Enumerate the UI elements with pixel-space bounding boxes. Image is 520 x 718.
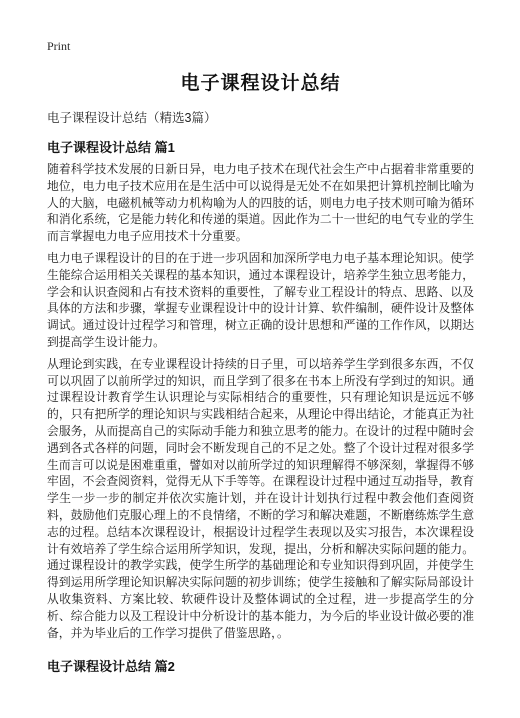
document-page: Print 电子课程设计总结 电子课程设计总结（精选3篇） 电子课程设计总结 篇…	[0, 0, 520, 718]
section-heading-2: 电子课程设计总结 篇2	[47, 656, 474, 675]
section-heading-1: 电子课程设计总结 篇1	[47, 137, 474, 156]
section-1-paragraph-1: 随着科学技术发展的日新日异，电力电子技术在现代社会生产中占据着非常重要的地位，电…	[47, 161, 474, 245]
page-title: 电子课程设计总结	[47, 68, 474, 95]
section-1-paragraph-2: 电力电子课程设计的目的在于进一步巩固和加深所学电力电子基本理论知识。使学生能综合…	[47, 250, 474, 351]
section-1-paragraph-3: 从理论到实践，在专业课程设计持续的日子里，可以培养学生学到很多东西，不仅可以巩固…	[47, 356, 474, 642]
print-link[interactable]: Print	[47, 39, 70, 54]
page-subtitle: 电子课程设计总结（精选3篇）	[47, 108, 474, 126]
document-content: Print 电子课程设计总结 电子课程设计总结（精选3篇） 电子课程设计总结 篇…	[0, 0, 520, 675]
